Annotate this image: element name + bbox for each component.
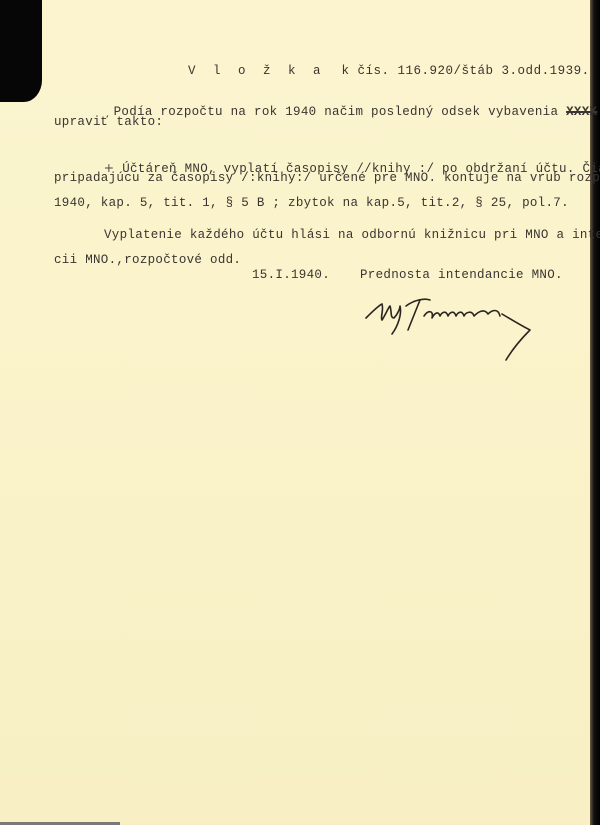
signatory-title: Prednosta intendancie MNO. [360, 268, 563, 282]
para1-line2: upraviť takto: [54, 115, 163, 129]
document-date: 15.I.1940. [252, 268, 330, 282]
document-title: V l o ž k a k čís. 116.920/štáb 3.odd.19… [172, 50, 590, 78]
para2-line3: 1940, kap. 5, tit. 1, § 5 B ; zbytok na … [54, 196, 569, 210]
struck-out-text: XXXX [566, 105, 597, 119]
handwritten-signature [362, 292, 542, 367]
para3-line2: cii MNO.,rozpočtové odd. [54, 253, 241, 267]
para2-line2: pripadajúcu za časopisy /:knihy:/ určené… [54, 171, 600, 185]
title-vlozka: V l o ž k a [188, 64, 326, 78]
title-reference: k čís. 116.920/štáb 3.odd.1939. [326, 64, 590, 78]
para1-text: Podía rozpočtu na rok 1940 načim posledn… [114, 105, 566, 119]
para3-line1: Vyplatenie každého účtu hlási na odbornú… [104, 228, 600, 242]
right-page-edge [590, 0, 600, 825]
dark-corner-tab [0, 0, 42, 102]
para1-line1: Podía rozpočtu na rok 1940 načim posledn… [98, 91, 600, 119]
